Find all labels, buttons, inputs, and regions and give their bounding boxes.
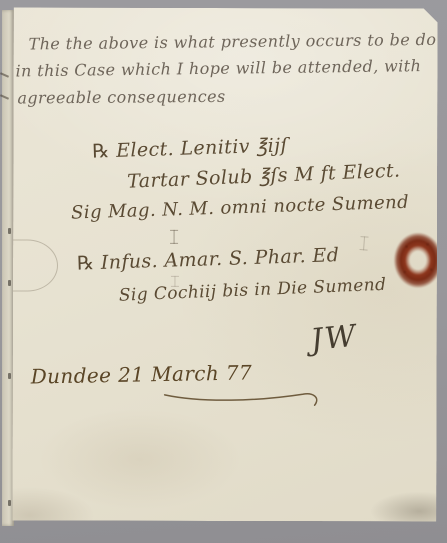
stitch-mark	[8, 373, 11, 379]
letter-page: The the above is what presently occurs t…	[12, 7, 437, 521]
pencil-mark	[360, 236, 369, 251]
prescription-2-line-2: Sig Cochiij bis in Die Sumend	[119, 275, 387, 306]
prescription-1-line-1: ℞ Elect. Lenitiv ℥ijſ	[92, 134, 288, 162]
place-dateline: Dundee 21 March 77	[30, 360, 252, 388]
physician-initials: JW	[309, 319, 359, 359]
stitch-mark	[8, 280, 11, 286]
body-line-1: The the above is what presently occurs t…	[28, 30, 447, 54]
pencil-mark	[171, 276, 179, 287]
body-line-3: agreeable consequences	[17, 87, 225, 108]
prescription-2-line-1: ℞ Infus. Amar. S. Phar. Ed	[77, 244, 340, 274]
manuscript-photo: The the above is what presently occurs t…	[0, 0, 447, 543]
wax-seal-speckle	[399, 237, 437, 283]
stitch-mark	[8, 228, 11, 234]
prescription-1-line-3: Sig Mag. N. M. omni nocte Sumend	[71, 192, 410, 224]
prescription-1-line-2: Tartar Solub ℥ſs M ft Elect.	[127, 160, 401, 193]
stitch-mark	[8, 500, 11, 506]
binding-edge	[2, 10, 14, 526]
pencil-mark	[170, 230, 178, 244]
dateline-flourish	[163, 389, 333, 413]
body-line-2: in this Case which I hope will be attend…	[15, 56, 421, 80]
